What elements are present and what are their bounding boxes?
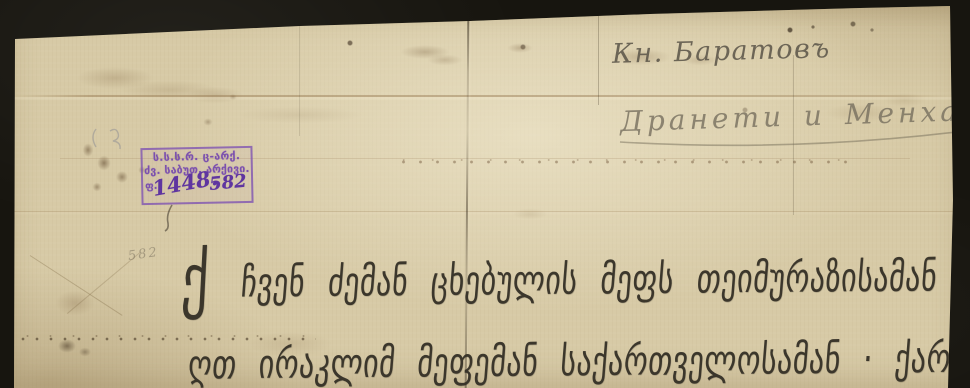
horizontal-fold-crease-lower xyxy=(0,211,970,212)
pencil-flourish xyxy=(158,203,184,233)
photograph-backdrop: Кн. Баратовъ Дранети и Менхаши ს.ს.ს.რ. … xyxy=(0,0,970,388)
georgian-text-line-1: ჩვენ ძემან ცხებულის მეფს თეიმურაზისამან … xyxy=(239,253,970,307)
stamp-line-3: ფ. 1448. 582 xyxy=(143,175,251,197)
stamp-item-number: 582 xyxy=(208,171,247,195)
scratch-mark xyxy=(30,255,123,316)
vertical-fold-crease-center xyxy=(465,20,470,388)
pencil-underline-curve xyxy=(618,126,958,148)
manuscript-paper: Кн. Баратовъ Дранети и Менхаши ს.ს.ს.რ. … xyxy=(0,0,970,388)
pencil-number-note: 582 xyxy=(127,245,160,264)
stamp-line-1: ს.ს.ს.რ. ც-არქ. xyxy=(142,150,250,164)
georgian-text-line-2: ღთ ირაკლიმ მეფემან საქართველოსამან · ქარ… xyxy=(186,334,970,388)
cyrillic-owner-note: Кн. Баратовъ xyxy=(612,33,831,70)
vertical-crease-left-upper xyxy=(299,24,300,136)
horizontal-fold-crease-top xyxy=(14,95,956,97)
georgian-invocation-letter: ქ xyxy=(180,240,211,322)
vertical-crease-right-upper xyxy=(598,10,599,105)
ink-spot-row-center xyxy=(395,157,860,167)
archive-stamp: ს.ს.ს.რ. ც-არქ. ძვ. საბუთ. არქივი. ფ. 14… xyxy=(140,146,253,205)
pencil-scribble xyxy=(88,125,143,153)
